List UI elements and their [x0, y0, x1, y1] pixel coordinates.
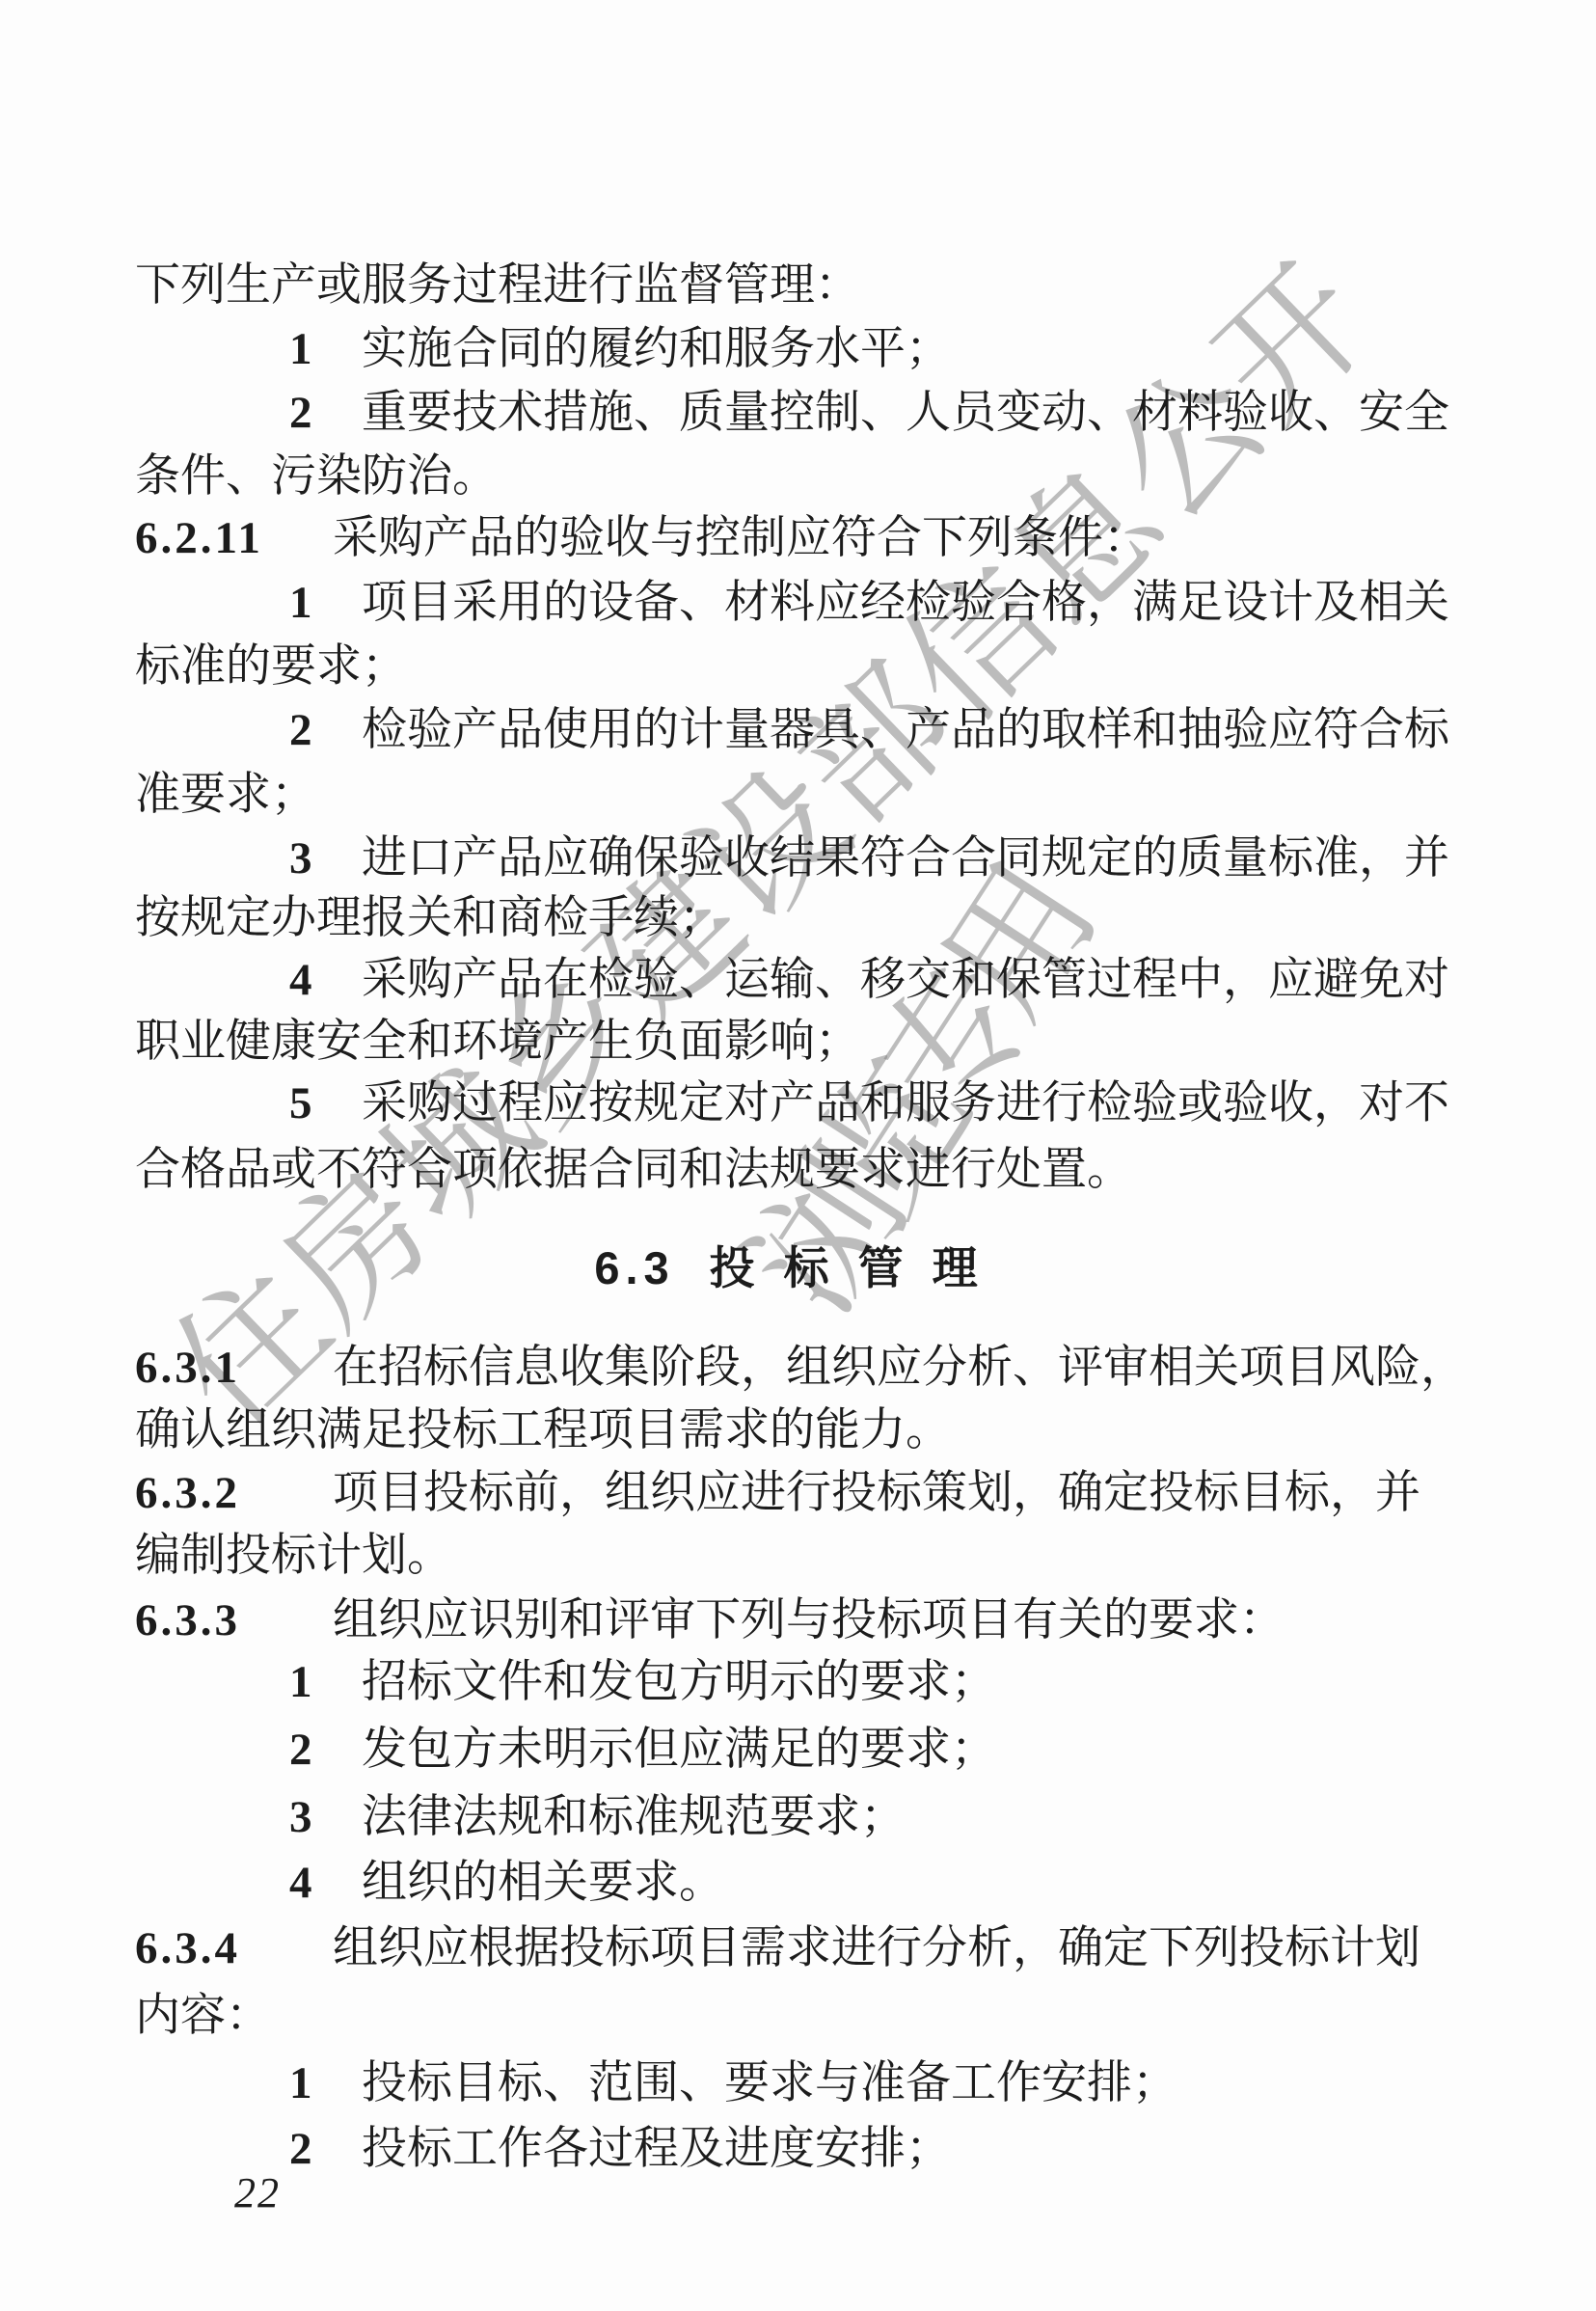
list-item: 2发包方未明示但应满足的要求；	[135, 1723, 1596, 1777]
list-item: 1实施合同的履约和服务水平；	[135, 322, 1596, 376]
line-text: 采购产品在检验、运输、移交和保管过程中，应避免对	[362, 955, 1449, 1005]
line-text: 采购产品的验收与控制应符合下列条件：	[333, 513, 1149, 563]
line-text: 法律法规和标准规范要求；	[362, 1792, 906, 1842]
list-item: 1投标目标、范围、要求与准备工作安排；	[135, 2056, 1596, 2110]
clause-line: 6.3.3组织应识别和评审下列与投标项目有关的要求：	[135, 1593, 1475, 1647]
line-text: 组织应识别和评审下列与投标项目有关的要求：	[333, 1595, 1285, 1645]
list-number: 3	[289, 1790, 362, 1844]
list-item: 4组织的相关要求。	[135, 1856, 1596, 1910]
clause-line: 6.2.11采购产品的验收与控制应符合下列条件：	[135, 511, 1475, 565]
list-item: 4采购产品在检验、运输、移交和保管过程中，应避免对	[135, 953, 1596, 1007]
text-line: 下列生产或服务过程进行监督管理：	[135, 258, 1475, 313]
line-text: 重要技术措施、质量控制、人员变动、材料验收、安全	[362, 388, 1449, 438]
line-text: 发包方未明示但应满足的要求；	[362, 1725, 996, 1775]
list-number: 1	[289, 2056, 362, 2110]
list-item: 3法律法规和标准规范要求；	[135, 1790, 1596, 1844]
list-number: 5	[289, 1076, 362, 1130]
line-text: 组织应根据投标项目需求进行分析，确定下列投标计划	[333, 1923, 1420, 1973]
list-item: 1招标文件和发包方明示的要求；	[135, 1655, 1596, 1709]
list-number: 2	[289, 1723, 362, 1777]
document-page: 住房城乡建设部信息公开 浏览专用 下列生产或服务过程进行监督管理： 1实施合同的…	[0, 0, 1596, 2311]
text-line: 条件、污染防治。	[135, 449, 1475, 503]
list-number: 2	[289, 703, 362, 757]
line-text: 在招标信息收集阶段，组织应分析、评审相关项目风险，	[333, 1343, 1466, 1393]
text-line: 确认组织满足投标工程项目需求的能力。	[135, 1403, 1475, 1457]
list-number: 2	[289, 386, 362, 440]
line-text: 条件、污染防治。	[135, 451, 498, 502]
clause-number: 6.3.1	[135, 1341, 333, 1395]
line-text: 进口产品应确保验收结果符合合同规定的质量标准，并	[362, 833, 1449, 884]
line-text: 编制投标计划。	[135, 1531, 452, 1581]
page-number: 22	[234, 2168, 281, 2217]
section-title: 投标管理	[710, 1242, 1007, 1293]
list-item: 2重要技术措施、质量控制、人员变动、材料验收、安全	[135, 386, 1596, 440]
list-number: 2	[289, 2122, 362, 2176]
text-line: 准要求；	[135, 768, 1475, 822]
line-text: 职业健康安全和环境产生负面影响；	[135, 1017, 860, 1067]
line-text: 检验产品使用的计量器具、产品的取样和抽验应符合标	[362, 705, 1449, 755]
line-text: 招标文件和发包方明示的要求；	[362, 1657, 996, 1707]
line-text: 采购过程应按规定对产品和服务进行检验或验收，对不	[362, 1078, 1449, 1128]
list-item: 3进口产品应确保验收结果符合合同规定的质量标准，并	[135, 831, 1596, 885]
line-text: 合格品或不符合项依据合同和法规要求进行处置。	[135, 1145, 1132, 1195]
list-number: 1	[289, 1655, 362, 1709]
line-text: 项目采用的设备、材料应经检验合格，满足设计及相关	[362, 578, 1449, 628]
line-text: 投标工作各过程及进度安排；	[362, 2124, 951, 2174]
section-heading: 6.3投标管理	[135, 1241, 1466, 1295]
text-line: 按规定办理报关和商检手续；	[135, 891, 1475, 945]
clause-number: 6.3.3	[135, 1593, 333, 1647]
line-text: 项目投标前，组织应进行投标策划，确定投标目标，并	[333, 1468, 1420, 1518]
clause-number: 6.2.11	[135, 511, 333, 565]
line-text: 实施合同的履约和服务水平；	[362, 324, 951, 374]
list-number: 4	[289, 1856, 362, 1910]
text-line: 标准的要求；	[135, 639, 1475, 693]
section-number: 6.3	[594, 1242, 674, 1293]
line-text: 下列生产或服务过程进行监督管理：	[135, 260, 860, 311]
list-number: 1	[289, 576, 362, 630]
list-item: 2投标工作各过程及进度安排；	[135, 2122, 1596, 2176]
list-number: 4	[289, 953, 362, 1007]
list-item: 2检验产品使用的计量器具、产品的取样和抽验应符合标	[135, 703, 1596, 757]
list-number: 1	[289, 322, 362, 376]
clause-line: 6.3.1在招标信息收集阶段，组织应分析、评审相关项目风险，	[135, 1341, 1475, 1395]
clause-line: 6.3.4组织应根据投标项目需求进行分析，确定下列投标计划	[135, 1921, 1475, 1975]
line-text: 组织的相关要求。	[362, 1858, 724, 1908]
line-text: 标准的要求；	[135, 641, 407, 692]
line-text: 确认组织满足投标工程项目需求的能力。	[135, 1405, 951, 1455]
text-line: 合格品或不符合项依据合同和法规要求进行处置。	[135, 1143, 1475, 1197]
list-item: 5采购过程应按规定对产品和服务进行检验或验收，对不	[135, 1076, 1596, 1130]
line-text: 准要求；	[135, 770, 316, 820]
text-line: 内容：	[135, 1989, 1475, 2043]
clause-number: 6.3.2	[135, 1466, 333, 1520]
list-item: 1项目采用的设备、材料应经检验合格，满足设计及相关	[135, 576, 1596, 630]
text-line: 职业健康安全和环境产生负面影响；	[135, 1015, 1475, 1069]
line-text: 按规定办理报关和商检手续；	[135, 893, 724, 943]
clause-number: 6.3.4	[135, 1921, 333, 1975]
list-number: 3	[289, 831, 362, 885]
clause-line: 6.3.2项目投标前，组织应进行投标策划，确定投标目标，并	[135, 1466, 1475, 1520]
line-text: 投标目标、范围、要求与准备工作安排；	[362, 2058, 1177, 2108]
text-line: 编制投标计划。	[135, 1529, 1475, 1583]
line-text: 内容：	[135, 1991, 271, 2041]
